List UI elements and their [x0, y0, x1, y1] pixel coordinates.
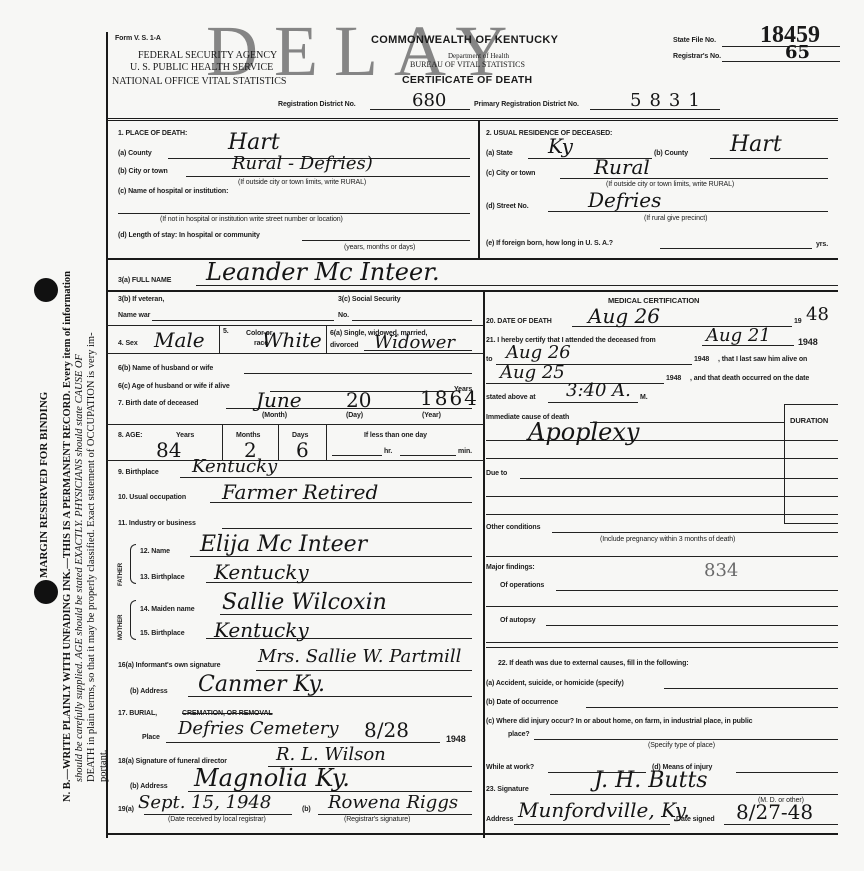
attended-to-value: Aug 26: [506, 344, 571, 362]
mother-birthplace-value: Kentucky: [214, 620, 309, 640]
attended-from-value: Aug 21: [706, 327, 771, 345]
stay-label: (d) Length of stay: In hospital or commu…: [118, 232, 260, 239]
injury-where-line: [534, 739, 838, 740]
age-label: 8. AGE:: [118, 432, 142, 439]
margin-instructions-line3: DEATH in plain terms, so that it may be …: [86, 332, 97, 782]
time-suffix: M.: [640, 394, 648, 401]
father-birthplace-value: Kentucky: [214, 562, 309, 582]
form-bottom-left: [106, 833, 484, 835]
name-war-line: [152, 320, 334, 321]
foreign-born-label: (e) If foreign born, how long in U. S. A…: [486, 240, 613, 247]
age-hr-line: [332, 455, 382, 456]
primary-district-number: 5831: [630, 92, 708, 110]
row-rule-age: [106, 424, 484, 425]
death-year-prefix: 19: [794, 318, 802, 325]
age-divider-2: [278, 424, 279, 460]
form-left-border: [106, 32, 108, 838]
row-rule-spouse: [106, 353, 484, 354]
foreign-born-unit: yrs.: [816, 241, 828, 248]
time-value: 3:40 A.: [566, 382, 631, 400]
burial-year: 1948: [446, 734, 466, 744]
margin-binding-note: MARGIN RESERVED FOR BINDING: [38, 392, 50, 578]
stay-note: (years, months or days): [344, 244, 415, 251]
res-city-label: (c) City or town: [486, 170, 535, 177]
funeral-director-value: R. L. Wilson: [276, 746, 386, 764]
other-conditions-note: (Include pregnancy within 3 months of de…: [600, 536, 735, 543]
father-side-label: FATHER: [118, 563, 124, 586]
age-years-value: 84: [156, 440, 181, 460]
binding-hole-top: [34, 278, 58, 302]
accident-label: (a) Accident, suicide, or homicide (spec…: [486, 680, 624, 687]
birth-year-value: 1864: [420, 388, 479, 408]
operations-line: [556, 590, 838, 591]
age-days-value: 6: [296, 440, 309, 460]
birth-day-value: 20: [346, 390, 371, 410]
mother-maiden-label: 14. Maiden name: [140, 606, 195, 613]
res-city-note: (If outside city or town limits, write R…: [606, 181, 734, 188]
burial-struck-label: CREMATION, OR REMOVAL: [182, 710, 273, 717]
registrar-sig-line: [318, 814, 472, 815]
registrar-no-label: Registrar's No.: [673, 53, 721, 60]
mother-maiden-value: Sallie Wilcoxin: [222, 592, 387, 614]
informant-sig-line: [256, 670, 472, 671]
birth-month-note: (Month): [262, 412, 287, 419]
header-rule: [106, 118, 838, 121]
physician-address-value: Munfordville, Ky.: [518, 800, 690, 820]
autopsy-line: [546, 625, 838, 626]
means-of-injury-line: [736, 772, 838, 773]
res-state-label: (a) State: [486, 150, 513, 157]
form-bottom-right: [484, 833, 838, 835]
full-name-value: Leander Mc Inteer.: [206, 260, 440, 284]
operations-label: Of operations: [500, 582, 544, 589]
sex-divider: [219, 325, 220, 353]
res-street-value: Defries: [588, 190, 661, 210]
major-findings-label: Major findings:: [486, 564, 535, 571]
external-causes-label: 22. If death was due to external causes,…: [498, 660, 689, 667]
mother-bracket: [130, 600, 136, 640]
physician-address-label: Address: [486, 816, 513, 823]
last-saw-label: , that I last saw him alive on: [718, 356, 807, 363]
registrar-number: 65: [785, 44, 810, 62]
autopsy-label: Of autopsy: [500, 617, 536, 624]
burial-place-line: [166, 742, 440, 743]
primary-district-label: Primary Registration District No.: [474, 101, 579, 108]
father-name-value: Elija Mc Inteer: [200, 534, 367, 556]
full-name-label: 3(a) FULL NAME: [118, 277, 171, 284]
death-city-note: (If outside city or town limits, write R…: [238, 179, 366, 186]
informant-address-value: Canmer Ky.: [198, 674, 325, 696]
due-to-label: Due to: [486, 470, 507, 477]
industry-line: [222, 528, 472, 529]
burial-place-value: Defries Cemetery: [178, 720, 339, 738]
department: Department of Health: [448, 52, 509, 60]
received-line: [144, 814, 292, 815]
industry-label: 11. Industry or business: [118, 520, 196, 527]
other-conditions-label: Other conditions: [486, 524, 540, 531]
birthplace-value: Kentucky: [192, 458, 277, 476]
section-divider-lower: [483, 292, 485, 838]
date-signed-label: Date signed: [676, 816, 715, 823]
occupation-value: Farmer Retired: [222, 482, 378, 502]
agency-name: FEDERAL SECURITY AGENCY: [138, 50, 277, 61]
time-line: [548, 402, 638, 403]
place-of-death-heading: 1. PLACE OF DEATH:: [118, 130, 187, 137]
hospital-label: (c) Name of hospital or institution:: [118, 188, 228, 195]
death-year-value: 48: [806, 306, 829, 324]
age-min-label: min.: [458, 448, 472, 455]
section-rule-2: [106, 290, 838, 292]
cause-value: Apoplexy: [528, 420, 639, 444]
hospital-note: (If not in hospital or institution write…: [160, 216, 343, 223]
received-prefix: 19(a): [118, 806, 134, 813]
burial-place-label: Place: [142, 734, 160, 741]
margin-instructions-line2: should be carefully supplied. AGE should…: [74, 354, 85, 782]
physician-sig-value: J. H. Butts: [594, 770, 708, 792]
attended-to-year: 1948: [694, 356, 709, 363]
due-to-line-2: [486, 496, 838, 497]
autopsy-line-3: [486, 647, 838, 648]
burial-date-value: 8/28: [364, 720, 409, 740]
age-hr-label: hr.: [384, 448, 392, 455]
stated-above-label: stated above at: [486, 394, 535, 401]
death-county-label: (a) County: [118, 150, 152, 157]
state-name: COMMONWEALTH OF KENTUCKY: [371, 34, 558, 46]
marital-value: Widower: [374, 334, 455, 352]
while-at-work-label: While at work?: [486, 764, 534, 771]
injury-where-label: (c) Where did injury occur? In or about …: [486, 718, 752, 725]
birth-day-note: (Day): [346, 412, 363, 419]
due-to-line-3: [486, 514, 838, 515]
physician-sig-line: [550, 794, 838, 795]
informant-sig-value: Mrs. Sallie W. Partmill: [258, 648, 461, 666]
social-security-label: 3(c) Social Security: [338, 296, 401, 303]
death-city-line: [186, 176, 470, 177]
certificate-title: CERTIFICATE OF DEATH: [402, 74, 532, 86]
ss-no-label: No.: [338, 312, 349, 319]
registrar-sig-value: Rowena Riggs: [328, 794, 458, 812]
section-divider-upper: [478, 120, 480, 258]
birthplace-line: [180, 477, 472, 478]
attended-from-year: 1948: [798, 337, 818, 347]
death-city-value: Rural - Defries): [232, 155, 373, 173]
father-bracket: [130, 544, 136, 584]
received-date-value: Sept. 15, 1948: [138, 794, 271, 812]
binding-hole-bottom: [34, 580, 58, 604]
accident-line: [664, 688, 838, 689]
reg-district-number: 680: [412, 92, 446, 110]
name-war-label: Name war: [118, 312, 150, 319]
father-name-label: 12. Name: [140, 548, 170, 555]
color-value: White: [262, 330, 322, 350]
death-city-label: (b) City or town: [118, 168, 168, 175]
injury-where-note: (Specify type of place): [648, 742, 715, 749]
age-divider-3: [326, 424, 327, 460]
to-label: to: [486, 356, 492, 363]
res-city-value: Rural: [594, 157, 650, 177]
veteran-label: 3(b) If veteran,: [118, 296, 164, 303]
occurrence-label: (b) Date of occurrence: [486, 699, 558, 706]
age-divider-1: [222, 424, 223, 460]
row-rule-birthplace: [106, 460, 484, 461]
agency-office: NATIONAL OFFICE VITAL STATISTICS: [112, 76, 286, 87]
bureau: BUREAU OF VITAL STATISTICS: [410, 60, 525, 69]
spouse-name-label: 6(b) Name of husband or wife: [118, 365, 213, 372]
res-county-value: Hart: [730, 134, 782, 156]
hospital-line: [118, 213, 470, 214]
informant-sig-label: 16(a) Informant's own signature: [118, 662, 220, 669]
mother-birthplace-label: 15. Birthplace: [140, 630, 185, 637]
sex-value: Male: [154, 330, 205, 350]
autopsy-line-2: [486, 642, 838, 643]
due-to-line-1: [520, 478, 838, 479]
form-number: Form V. S. 1-A: [115, 35, 161, 42]
operations-line-2: [486, 606, 838, 607]
physician-address-line: [514, 824, 670, 825]
color-divider: [326, 325, 327, 353]
margin-instructions-line1: N. B.—WRITE PLAINLY WITH UNFADING INK.—T…: [62, 271, 73, 802]
res-street-note: (If rural give precinct): [644, 215, 707, 222]
foreign-born-line: [660, 248, 812, 249]
registrar-no-line: [722, 61, 840, 62]
reg-district-label: Registration District No.: [278, 101, 356, 108]
res-county-label: (b) County: [654, 150, 688, 157]
occupation-label: 10. Usual occupation: [118, 494, 186, 501]
death-occurred-label: , and that death occurred on the date: [690, 375, 809, 382]
death-county-value: Hart: [228, 132, 280, 154]
marital-label-2: divorced: [330, 342, 358, 349]
findings-code: 834: [704, 562, 738, 580]
row-rule-sex: [106, 325, 484, 326]
last-saw-year: 1948: [666, 375, 681, 382]
death-date-label: 20. DATE OF DEATH: [486, 318, 552, 325]
director-address-value: Magnolia Ky.: [194, 766, 350, 790]
color-label-num: 5.: [223, 328, 229, 335]
stay-line: [302, 240, 470, 241]
birth-year-note: (Year): [422, 412, 441, 419]
registrar-sig-prefix: (b): [302, 806, 311, 813]
birth-month-value: June: [256, 390, 302, 410]
injury-where-label-2: place?: [508, 731, 530, 738]
age-less-than-day: If less than one day: [364, 432, 427, 439]
last-saw-value: Aug 25: [500, 364, 565, 382]
duration-label: DURATION: [790, 416, 828, 425]
date-signed-value: 8/27-48: [736, 802, 813, 822]
death-date-value: Aug 26: [588, 306, 660, 326]
other-conditions-line: [552, 532, 838, 533]
agency-service: U. S. PUBLIC HEALTH SERVICE: [130, 62, 273, 73]
father-birthplace-label: 13. Birthplace: [140, 574, 185, 581]
received-note: (Date received by local registrar): [168, 816, 266, 823]
director-address-label: (b) Address: [130, 783, 168, 790]
registrar-sig-note: (Registrar's signature): [344, 816, 410, 823]
state-file-label: State File No.: [673, 37, 716, 44]
age-min-line: [400, 455, 456, 456]
other-conditions-line-2: [486, 556, 838, 557]
burial-label: 17. BURIAL,: [118, 710, 157, 717]
birth-date-label: 7. Birth date of deceased: [118, 400, 198, 407]
sex-label: 4. Sex: [118, 340, 138, 347]
birthplace-label: 9. Birthplace: [118, 469, 159, 476]
res-state-value: Ky: [548, 136, 573, 156]
res-street-label: (d) Street No.: [486, 203, 529, 210]
spouse-name-line: [244, 373, 472, 374]
mother-side-label: MOTHER: [118, 615, 124, 640]
date-signed-line: [724, 824, 838, 825]
spouse-age-label: 6(c) Age of husband or wife if alive: [118, 383, 230, 390]
occurrence-line: [586, 707, 838, 708]
physician-sig-label: 23. Signature: [486, 786, 529, 793]
informant-address-label: (b) Address: [130, 688, 168, 695]
res-county-line: [710, 158, 828, 159]
ss-no-line: [352, 320, 472, 321]
